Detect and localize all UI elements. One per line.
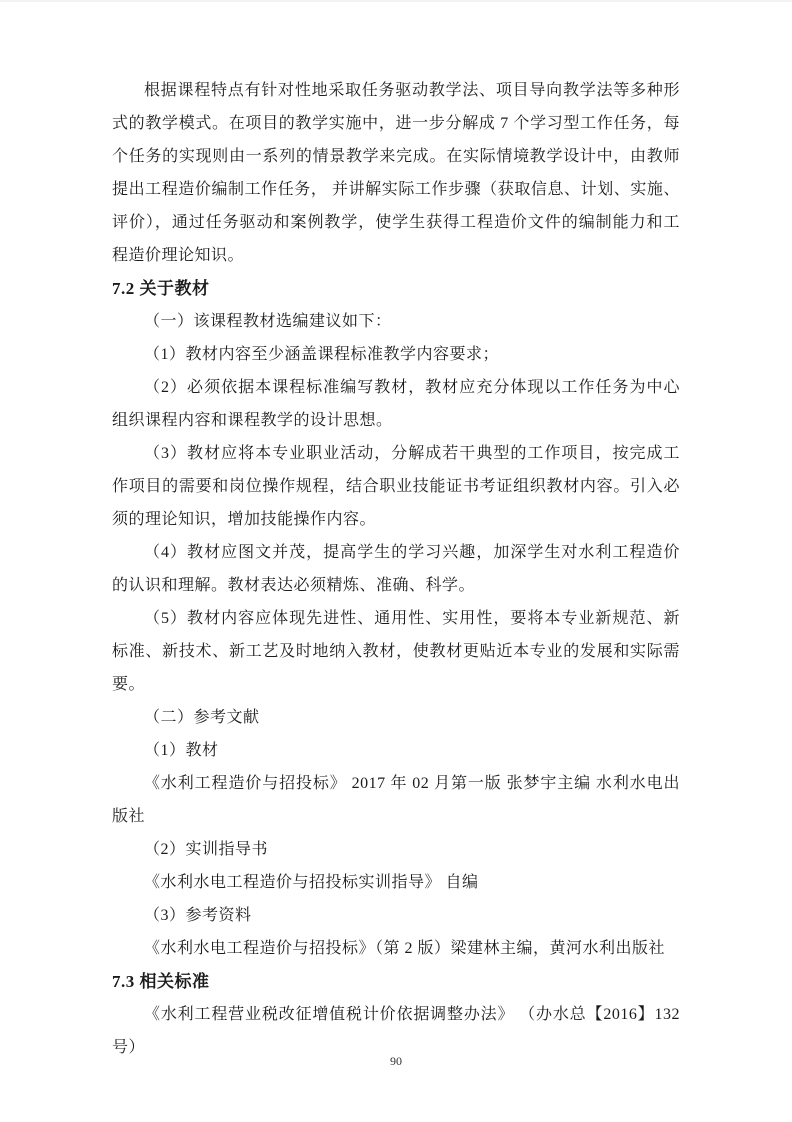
reference-label-textbook: （1）教材	[112, 734, 680, 767]
intro-paragraph: 根据课程特点有针对性地采取任务驱动教学法、项目导向教学法等多种形式的教学模式。在…	[112, 74, 680, 272]
list-item-er: （二）参考文献	[112, 701, 680, 734]
list-item-4: （4）教材应图文并茂，提高学生的学习兴趣，加深学生对水利工程造价的认识和理解。教…	[112, 536, 680, 602]
reference-item-textbook: 《水利工程造价与招投标》 2017 年 02 月第一版 张梦宇主编 水利水电出版…	[112, 767, 680, 833]
page-number: 90	[0, 1052, 792, 1070]
reference-label-training: （2）实训指导书	[112, 833, 680, 866]
reference-label-material: （3）参考资料	[112, 899, 680, 932]
reference-item-material: 《水利水电工程造价与招投标》（第 2 版）梁建林主编，黄河水利出版社	[112, 932, 680, 965]
document-body: 根据课程特点有针对性地采取任务驱动教学法、项目导向教学法等多种形式的教学模式。在…	[112, 74, 680, 1064]
section-heading-7-2: 7.2 关于教材	[112, 272, 680, 305]
list-item-3: （3）教材应将本专业职业活动，分解成若干典型的工作项目，按完成工作项目的需要和岗…	[112, 437, 680, 536]
document-page: 根据课程特点有针对性地采取任务驱动教学法、项目导向教学法等多种形式的教学模式。在…	[0, 0, 792, 1122]
section-heading-7-3: 7.3 相关标准	[112, 965, 680, 998]
list-item-2: （2）必须依据本课程标准编写教材，教材应充分体现以工作任务为中心组织课程内容和课…	[112, 371, 680, 437]
list-item-5: （5）教材内容应体现先进性、通用性、实用性，要将本专业新规范、新标准、新技术、新…	[112, 602, 680, 701]
list-item-1: （1）教材内容至少涵盖课程标准教学内容要求；	[112, 338, 680, 371]
reference-item-training: 《水利水电工程造价与招投标实训指导》 自编	[112, 866, 680, 899]
list-item-yi: （一）该课程教材选编建议如下：	[112, 305, 680, 338]
